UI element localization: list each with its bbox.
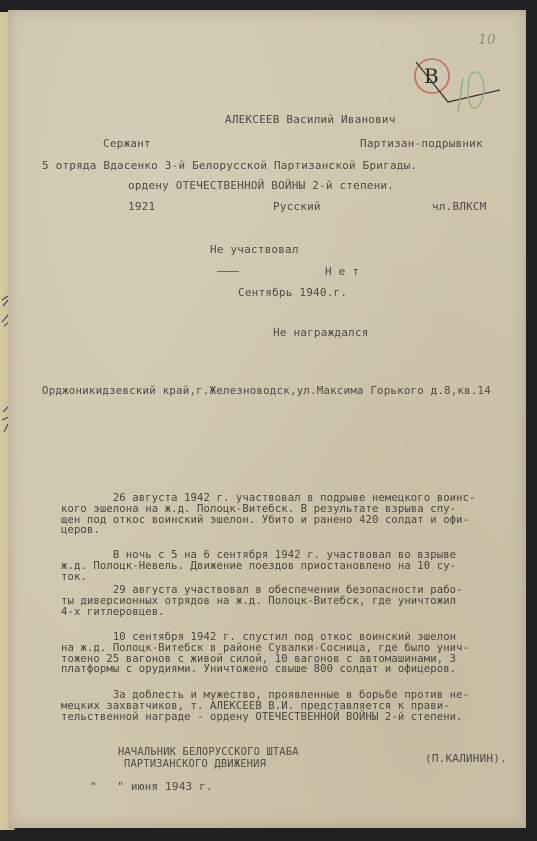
award-nominated: ордену ОТЕЧЕСТВЕННОЙ ВОЙНЫ 2-й степени. — [128, 180, 394, 191]
service-since: Сентябрь 1940.г. — [238, 287, 347, 298]
wounds: Н е т — [325, 266, 359, 277]
signatory-title-line-2: ПАРТИЗАНСКОГО ДВИЖЕНИЯ — [124, 759, 266, 770]
unit: 5 отряда Вдасенко 3-й Белорусской Партиз… — [42, 160, 417, 171]
prior-awards: Не награждался — [273, 327, 369, 338]
svg-text:В: В — [424, 64, 439, 88]
signatory-title-line-1: НАЧАЛЬНИК БЕЛОРУССКОГО ШТАБА — [118, 747, 299, 758]
signatory-name: (П.КАЛИНИН). — [425, 753, 507, 764]
paragraph-4: 10 сентября 1942 г. спустил под откос во… — [61, 632, 469, 675]
position: Партизан-подрывник — [360, 138, 483, 149]
party-membership: чл.ВЛКСМ — [432, 201, 487, 212]
nationality: Русский — [273, 201, 321, 212]
rank: Сержант — [103, 138, 151, 149]
paragraph-1: 26 августа 1942 г. участвовал в подрыве … — [61, 493, 476, 536]
home-address: Орджоникидзевский край,г.Железноводск,ул… — [42, 385, 491, 396]
pencil-page-number: 10 — [478, 32, 496, 48]
document-page: 10 В АЛЕКСЕЕВ Василий Иванович Сержант П… — [8, 10, 526, 828]
circled-letter-mark-icon: В — [408, 50, 508, 120]
paragraph-3: 29 августа участвовал в обеспечении безо… — [61, 585, 463, 617]
dash-mark — [217, 271, 239, 272]
document-date: " " июня 1943 г. — [90, 781, 213, 792]
paragraph-5: За доблесть и мужество, проявленные в бо… — [61, 690, 469, 722]
birth-year: 1921 — [128, 201, 155, 212]
full-name: АЛЕКСЕЕВ Василий Иванович — [225, 114, 396, 125]
civil-war-participation: Не участвовал — [210, 244, 299, 255]
paragraph-2: В ночь с 5 на 6 сентября 1942 г. участво… — [61, 550, 456, 582]
